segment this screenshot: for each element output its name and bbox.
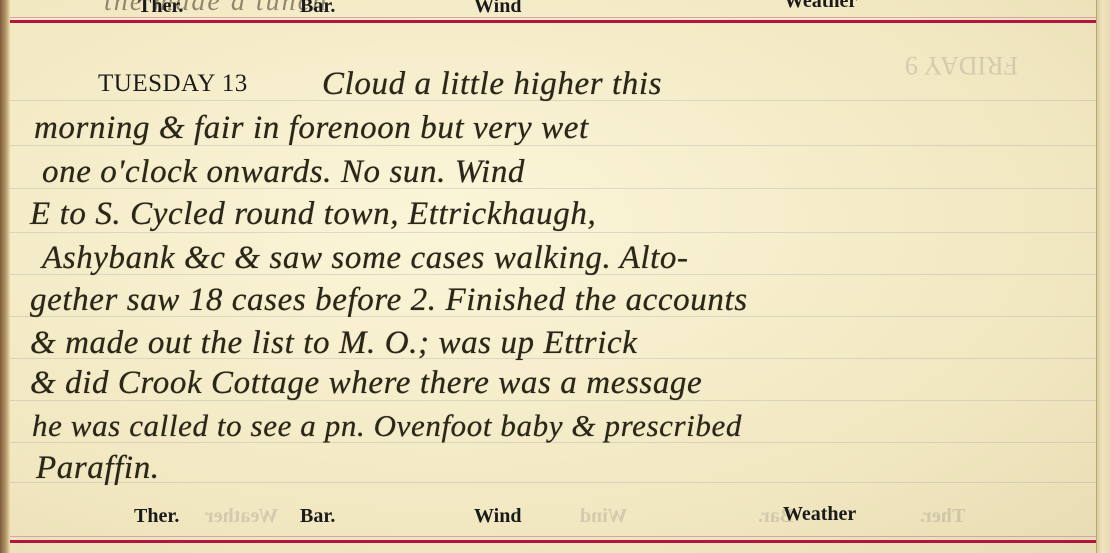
book-spine-edge <box>0 0 10 553</box>
handwritten-line-1: Cloud a little higher this <box>322 66 662 103</box>
top-pink-rule <box>10 17 1096 18</box>
top-red-rule <box>10 20 1096 23</box>
ghost-label-wind: Wind <box>580 505 627 528</box>
label-bar-bottom: Bar. <box>300 505 335 528</box>
handwritten-line-6: gether saw 18 cases before 2. Finished t… <box>30 282 748 319</box>
day-heading: TUESDAY 13 <box>98 70 248 98</box>
label-wind-top: Wind <box>474 0 521 18</box>
label-ther-top: Ther. <box>138 0 183 18</box>
label-weather-top: Weather <box>784 0 857 13</box>
handwritten-line-7: & made out the list to M. O.; was up Ett… <box>30 325 638 362</box>
bleedthrough-heading: FRIDAY 9 <box>905 50 1018 80</box>
handwritten-line-9: he was called to see a pn. Ovenfoot baby… <box>32 408 742 444</box>
label-weather-bottom: Weather <box>783 503 856 526</box>
handwritten-line-5: Ashybank &c & saw some cases walking. Al… <box>42 240 689 277</box>
handwritten-line-2: morning & fair in forenoon but very wet <box>34 110 589 147</box>
handwritten-line-8: & did Crook Cottage where there was a me… <box>30 365 702 402</box>
ruled-line <box>10 482 1096 483</box>
ghost-label-weather: Weather <box>205 505 278 528</box>
handwritten-line-4: E to S. Cycled round town, Ettrickhaugh, <box>30 196 596 233</box>
diary-page: the made a tunch Ther. Bar. Wind Weather… <box>0 0 1110 553</box>
label-bar-top: Bar. <box>300 0 335 18</box>
page-edge-right <box>1096 0 1110 553</box>
bottom-pink-rule <box>10 536 1096 537</box>
bottom-red-rule <box>10 540 1096 543</box>
ghost-label-ther: Ther. <box>920 505 965 528</box>
label-ther-bottom: Ther. <box>134 505 179 528</box>
handwritten-line-3: one o'clock onwards. No sun. Wind <box>42 154 525 191</box>
label-wind-bottom: Wind <box>474 505 521 528</box>
handwritten-line-10: Paraffin. <box>36 450 160 487</box>
